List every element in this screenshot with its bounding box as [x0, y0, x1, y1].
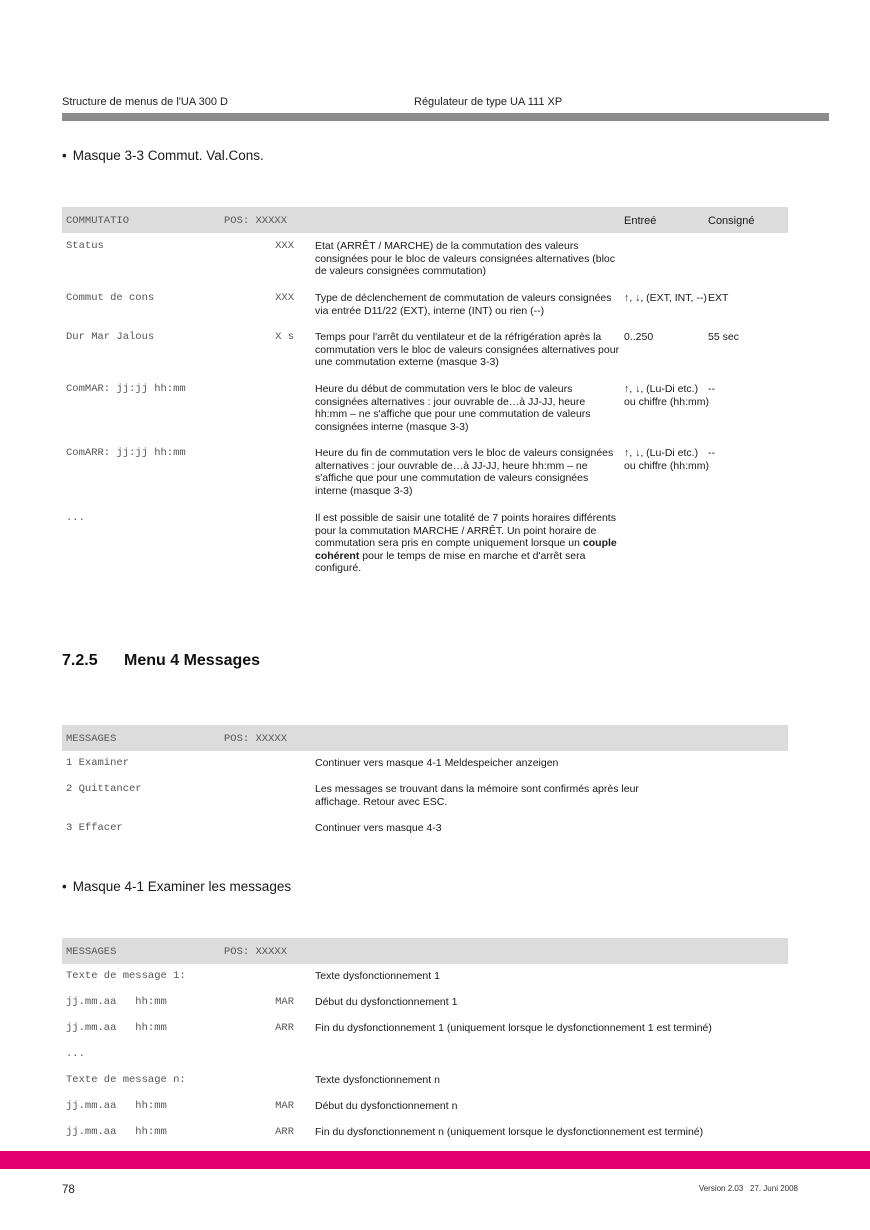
- message-description: Fin du dysfonctionnement 1 (uniquement l…: [315, 1022, 785, 1035]
- version-info: Version 2.03 27. Juni 2008: [699, 1184, 798, 1193]
- header-consigne: Consigné: [708, 215, 788, 228]
- param-description: Etat (ARRÊT / MARCHE) de la commutation …: [315, 240, 620, 278]
- footer-accent-bar: [0, 1151, 870, 1169]
- message-description: Fin du dysfonctionnement n (uniquement l…: [315, 1126, 785, 1139]
- description-text: Il est possible de saisir une totalité d…: [315, 512, 616, 549]
- message-description: Texte dysfonctionnement 1: [315, 970, 785, 983]
- menu-item-description: Les messages se trouvant dans la mémoire…: [315, 783, 685, 808]
- param-description: Type de déclenchement de commutation de …: [315, 292, 620, 317]
- param-entree: ↑, ↓, (Lu-Di etc.) ou chiffre (hh:mm): [624, 383, 709, 408]
- menu-item-name: 1 Examiner: [66, 757, 129, 769]
- message-description: Début du dysfonctionnement n: [315, 1100, 785, 1113]
- param-entree: 0..250: [624, 331, 709, 344]
- header-pos: POS: XXXXX: [224, 946, 287, 958]
- mask-3-3-heading: •Masque 3-3 Commut. Val.Cons.: [62, 148, 264, 163]
- param-name-ellipsis: ...: [66, 512, 85, 524]
- menu-item-name: 2 Quittancer: [66, 783, 142, 795]
- running-header-left: Structure de menus de l'UA 300 D: [62, 96, 228, 108]
- header-pos: POS: XXXXX: [224, 733, 287, 745]
- header-pos: POS: XXXXX: [224, 215, 287, 227]
- bullet-icon: •: [62, 148, 67, 163]
- param-entree: ↑, ↓, (EXT, INT, --): [624, 292, 709, 305]
- commutatio-table: COMMUTATIO POS: XXXXX Entreé Consigné St…: [62, 207, 788, 233]
- param-value: X s: [212, 331, 294, 343]
- section-number: 7.2.5: [62, 652, 124, 670]
- param-entree: ↑, ↓, (Lu-Di etc.) ou chiffre (hh:mm): [624, 447, 709, 472]
- menu-item-description: Continuer vers masque 4-1 Meldespeicher …: [315, 757, 785, 770]
- param-consigne: --: [708, 383, 788, 396]
- message-status: ARR: [212, 1126, 294, 1138]
- table-header: COMMUTATIO POS: XXXXX Entreé Consigné: [62, 207, 788, 233]
- param-consigne: EXT: [708, 292, 788, 305]
- messages-examine-table: MESSAGES POS: XXXXX Texte de message 1: …: [62, 938, 788, 964]
- page-number: 78: [62, 1184, 75, 1196]
- header-entree: Entreé: [624, 215, 709, 228]
- bullet-icon: •: [62, 879, 67, 894]
- param-name: ComMAR: jj:jj hh:mm: [66, 383, 186, 395]
- param-consigne: --: [708, 447, 788, 460]
- param-name: Dur Mar Jalous: [66, 331, 154, 343]
- param-name: Status: [66, 240, 104, 252]
- mask-4-1-title: Masque 4-1 Examiner les messages: [73, 879, 291, 894]
- message-field: jj.mm.aa hh:mm: [66, 1100, 167, 1112]
- message-status: ARR: [212, 1022, 294, 1034]
- mask-4-1-heading: •Masque 4-1 Examiner les messages: [62, 879, 291, 894]
- param-description: Il est possible de saisir une totalité d…: [315, 512, 620, 575]
- menu-item-name: 3 Effacer: [66, 822, 123, 834]
- message-description: Texte dysfonctionnement n: [315, 1074, 785, 1087]
- table-header: MESSAGES POS: XXXXX: [62, 938, 788, 964]
- mask-3-3-title: Masque 3-3 Commut. Val.Cons.: [73, 148, 264, 163]
- menu-item-description: Continuer vers masque 4-3: [315, 822, 785, 835]
- param-name: ComARR: jj:jj hh:mm: [66, 447, 186, 459]
- param-description: Heure du début de commutation vers le bl…: [315, 383, 620, 433]
- message-field: jj.mm.aa hh:mm: [66, 996, 167, 1008]
- section-title: Menu 4 Messages: [124, 652, 260, 669]
- message-field: jj.mm.aa hh:mm: [66, 1022, 167, 1034]
- header-menu-name: MESSAGES: [66, 733, 116, 745]
- table-header: MESSAGES POS: XXXXX: [62, 725, 788, 751]
- header-menu-name: MESSAGES: [66, 946, 116, 958]
- running-header-center: Régulateur de type UA 111 XP: [414, 96, 562, 108]
- param-consigne: 55 sec: [708, 331, 788, 344]
- header-divider-bar: [62, 113, 829, 121]
- header-menu-name: COMMUTATIO: [66, 215, 129, 227]
- param-description: Temps pour l'arrêt du ventilateur et de …: [315, 331, 620, 369]
- section-heading: 7.2.5Menu 4 Messages: [62, 652, 260, 670]
- param-value: XXX: [212, 292, 294, 304]
- message-field-ellipsis: ...: [66, 1048, 85, 1060]
- message-description: Début du dysfonctionnement 1: [315, 996, 785, 1009]
- message-status: MAR: [212, 996, 294, 1008]
- param-value: XXX: [212, 240, 294, 252]
- message-field: jj.mm.aa hh:mm: [66, 1126, 167, 1138]
- messages-menu-table: MESSAGES POS: XXXXX 1 Examiner Continuer…: [62, 725, 788, 751]
- message-field: Texte de message n:: [66, 1074, 186, 1086]
- param-description: Heure du fin de commutation vers le bloc…: [315, 447, 620, 497]
- message-status: MAR: [212, 1100, 294, 1112]
- message-field: Texte de message 1:: [66, 970, 186, 982]
- param-name: Commut de cons: [66, 292, 154, 304]
